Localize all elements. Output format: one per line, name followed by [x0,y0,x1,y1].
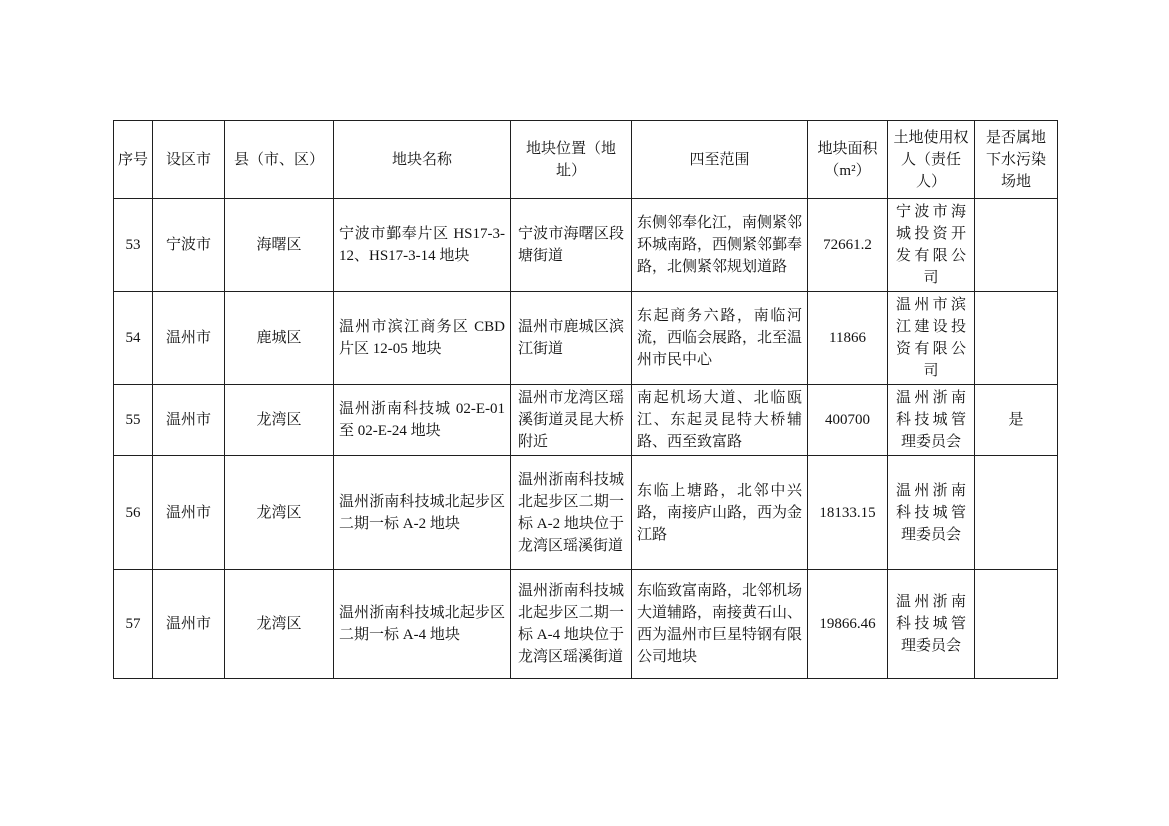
cell-boundary: 南起机场大道、北临瓯江、东起灵昆特大桥辅路、西至致富路 [632,385,808,456]
cell-city: 温州市 [153,570,225,679]
cell-index: 56 [114,456,153,570]
cell-index: 55 [114,385,153,456]
table-row-55: 55 温州市 龙湾区 温州浙南科技城 02-E-01 至 02-E-24 地块 … [114,385,1058,456]
cell-groundwater-pollution [975,570,1058,679]
cell-index: 53 [114,199,153,292]
cell-area: 11866 [808,292,888,385]
cell-plot-name: 温州浙南科技城 02-E-01 至 02-E-24 地块 [334,385,511,456]
cell-groundwater-pollution [975,456,1058,570]
cell-groundwater-pollution: 是 [975,385,1058,456]
header-county: 县（市、区） [225,121,334,199]
cell-county: 鹿城区 [225,292,334,385]
cell-land-owner: 温州浙南科技城管理委员会 [888,456,975,570]
cell-plot-location: 宁波市海曙区段塘街道 [511,199,632,292]
cell-index: 57 [114,570,153,679]
cell-land-owner: 宁波市海城投资开发有限公司 [888,199,975,292]
header-index: 序号 [114,121,153,199]
table-row-56: 56 温州市 龙湾区 温州浙南科技城北起步区二期一标 A-2 地块 温州浙南科技… [114,456,1058,570]
cell-county: 龙湾区 [225,385,334,456]
cell-city: 温州市 [153,385,225,456]
cell-county: 龙湾区 [225,570,334,679]
cell-plot-location: 温州市龙湾区瑶溪街道灵昆大桥附近 [511,385,632,456]
cell-area: 400700 [808,385,888,456]
cell-land-owner: 温州浙南科技城管理委员会 [888,385,975,456]
cell-index: 54 [114,292,153,385]
header-groundwater-pollution: 是否属地下水污染场地 [975,121,1058,199]
cell-land-owner: 温州浙南科技城管理委员会 [888,570,975,679]
cell-groundwater-pollution [975,199,1058,292]
land-plot-table: 序号 设区市 县（市、区） 地块名称 地块位置（地址） 四至范围 地块面积（m²… [113,120,1058,679]
header-city: 设区市 [153,121,225,199]
cell-plot-location: 温州市鹿城区滨江街道 [511,292,632,385]
header-plot-name: 地块名称 [334,121,511,199]
table-row-54: 54 温州市 鹿城区 温州市滨江商务区 CBD 片区 12-05 地块 温州市鹿… [114,292,1058,385]
header-plot-location: 地块位置（地址） [511,121,632,199]
cell-county: 龙湾区 [225,456,334,570]
cell-plot-name: 温州市滨江商务区 CBD 片区 12-05 地块 [334,292,511,385]
cell-plot-name: 温州浙南科技城北起步区二期一标 A-4 地块 [334,570,511,679]
cell-plot-name: 宁波市鄞奉片区 HS17-3-12、HS17-3-14 地块 [334,199,511,292]
cell-city: 温州市 [153,456,225,570]
cell-groundwater-pollution [975,292,1058,385]
cell-boundary: 东侧邻奉化江，南侧紧邻环城南路，西侧紧邻鄞奉路，北侧紧邻规划道路 [632,199,808,292]
cell-city: 宁波市 [153,199,225,292]
cell-boundary: 东临上塘路，北邻中兴路，南接庐山路，西为金江路 [632,456,808,570]
cell-boundary: 东起商务六路，南临河流，西临会展路，北至温州市民中心 [632,292,808,385]
cell-boundary: 东临致富南路，北邻机场大道辅路，南接黄石山、西为温州市巨星特钢有限公司地块 [632,570,808,679]
cell-area: 72661.2 [808,199,888,292]
header-area: 地块面积（m²） [808,121,888,199]
document-page: 序号 设区市 县（市、区） 地块名称 地块位置（地址） 四至范围 地块面积（m²… [0,0,1169,826]
header-boundary: 四至范围 [632,121,808,199]
table-header-row: 序号 设区市 县（市、区） 地块名称 地块位置（地址） 四至范围 地块面积（m²… [114,121,1058,199]
cell-county: 海曙区 [225,199,334,292]
cell-city: 温州市 [153,292,225,385]
table-row-53: 53 宁波市 海曙区 宁波市鄞奉片区 HS17-3-12、HS17-3-14 地… [114,199,1058,292]
cell-plot-name: 温州浙南科技城北起步区二期一标 A-2 地块 [334,456,511,570]
cell-plot-location: 温州浙南科技城北起步区二期一标 A-2 地块位于龙湾区瑶溪街道 [511,456,632,570]
header-land-owner: 土地使用权人（责任人） [888,121,975,199]
cell-land-owner: 温州市滨江建设投资有限公司 [888,292,975,385]
cell-plot-location: 温州浙南科技城北起步区二期一标 A-4 地块位于龙湾区瑶溪街道 [511,570,632,679]
cell-area: 18133.15 [808,456,888,570]
cell-area: 19866.46 [808,570,888,679]
table-row-57: 57 温州市 龙湾区 温州浙南科技城北起步区二期一标 A-4 地块 温州浙南科技… [114,570,1058,679]
